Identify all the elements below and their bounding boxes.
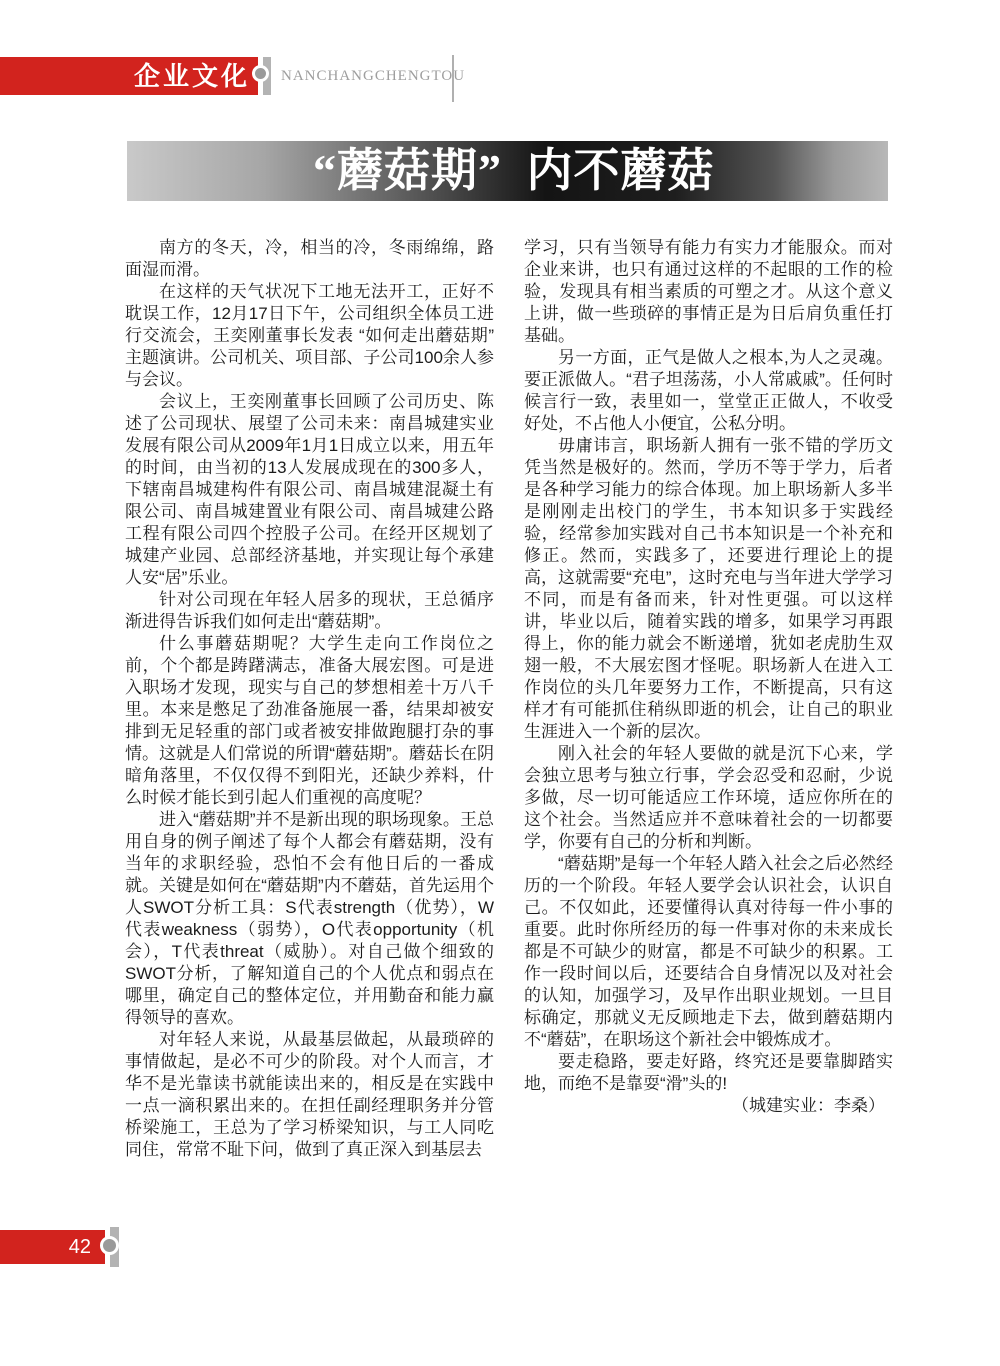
bullet-dot-icon <box>252 65 269 82</box>
header-vertical-rule <box>452 55 454 102</box>
brand-text: NANCHANGCHENGTOU <box>281 57 465 95</box>
article-paragraph: 毋庸讳言，职场新人拥有一张不错的学历文凭当然是极好的。然而，学历不等于学力，后者… <box>524 435 893 743</box>
article-paragraph: 什么事蘑菇期呢？大学生走向工作岗位之前，个个都是踌躇满志，准备大展宏图。可是进入… <box>125 633 494 809</box>
article-column-left: 南方的冬天，冷，相当的冷，冬雨绵绵，路面湿而滑。 在这样的天气状况下工地无法开工… <box>125 237 494 1161</box>
bullet-dot-icon <box>100 1236 119 1255</box>
article-paragraph: 在这样的天气状况下工地无法开工，正好不耽误工作，12月17日下午，公司组织全体员… <box>125 281 494 391</box>
section-label: 企业文化 <box>134 61 250 91</box>
section-banner: 企业文化 <box>0 57 258 95</box>
article-byline: （城建实业：李桑） <box>524 1095 893 1117</box>
article-paragraph: 刚入社会的年轻人要做的就是沉下心来，学会独立思考与独立行事，学会忍受和忍耐，少说… <box>524 743 893 853</box>
page-number-banner: 42 <box>0 1230 105 1264</box>
article-paragraph: 南方的冬天，冷，相当的冷，冬雨绵绵，路面湿而滑。 <box>125 237 494 281</box>
article-paragraph: 会议上，王奕刚董事长回顾了公司历史、陈述了公司现状、展望了公司未来：南昌城建实业… <box>125 391 494 589</box>
article-paragraph: “蘑菇期”是每一个年轻人踏入社会之后必然经历的一个阶段。年轻人要学会认识社会，认… <box>524 853 893 1051</box>
article-paragraph: 进入“蘑菇期”并不是新出现的职场现象。王总用自身的例子阐述了每个人都会有蘑菇期，… <box>125 809 494 1029</box>
article-paragraph: 另一方面，正气是做人之根本,为人之灵魂。要正派做人。“君子坦荡荡，小人常戚戚”。… <box>524 347 893 435</box>
article-paragraph: 对年轻人来说，从最基层做起，从最琐碎的事情做起，是必不可少的阶段。对个人而言，才… <box>125 1029 494 1161</box>
article-title: “蘑菇期” 内不蘑菇 <box>127 141 888 200</box>
article-paragraph: 针对公司现在年轻人居多的现状，王总循序渐进得告诉我们如何走出“蘑菇期”。 <box>125 589 494 633</box>
article-title-banner: “蘑菇期” 内不蘑菇 <box>127 141 888 201</box>
article-paragraph: 学习，只有当领导有能力有实力才能服众。而对企业来讲，也只有通过这样的不起眼的工作… <box>524 237 893 347</box>
page-number: 42 <box>69 1236 91 1258</box>
article-paragraph: 要走稳路，要走好路，终究还是要靠脚踏实地，而绝不是靠耍“滑”头的! <box>524 1051 893 1095</box>
article-column-right: 学习，只有当领导有能力有实力才能服众。而对企业来讲，也只有通过这样的不起眼的工作… <box>524 237 893 1117</box>
magazine-page: 企业文化 NANCHANGCHENGTOU “蘑菇期” 内不蘑菇 南方的冬天，冷… <box>0 0 1000 1366</box>
